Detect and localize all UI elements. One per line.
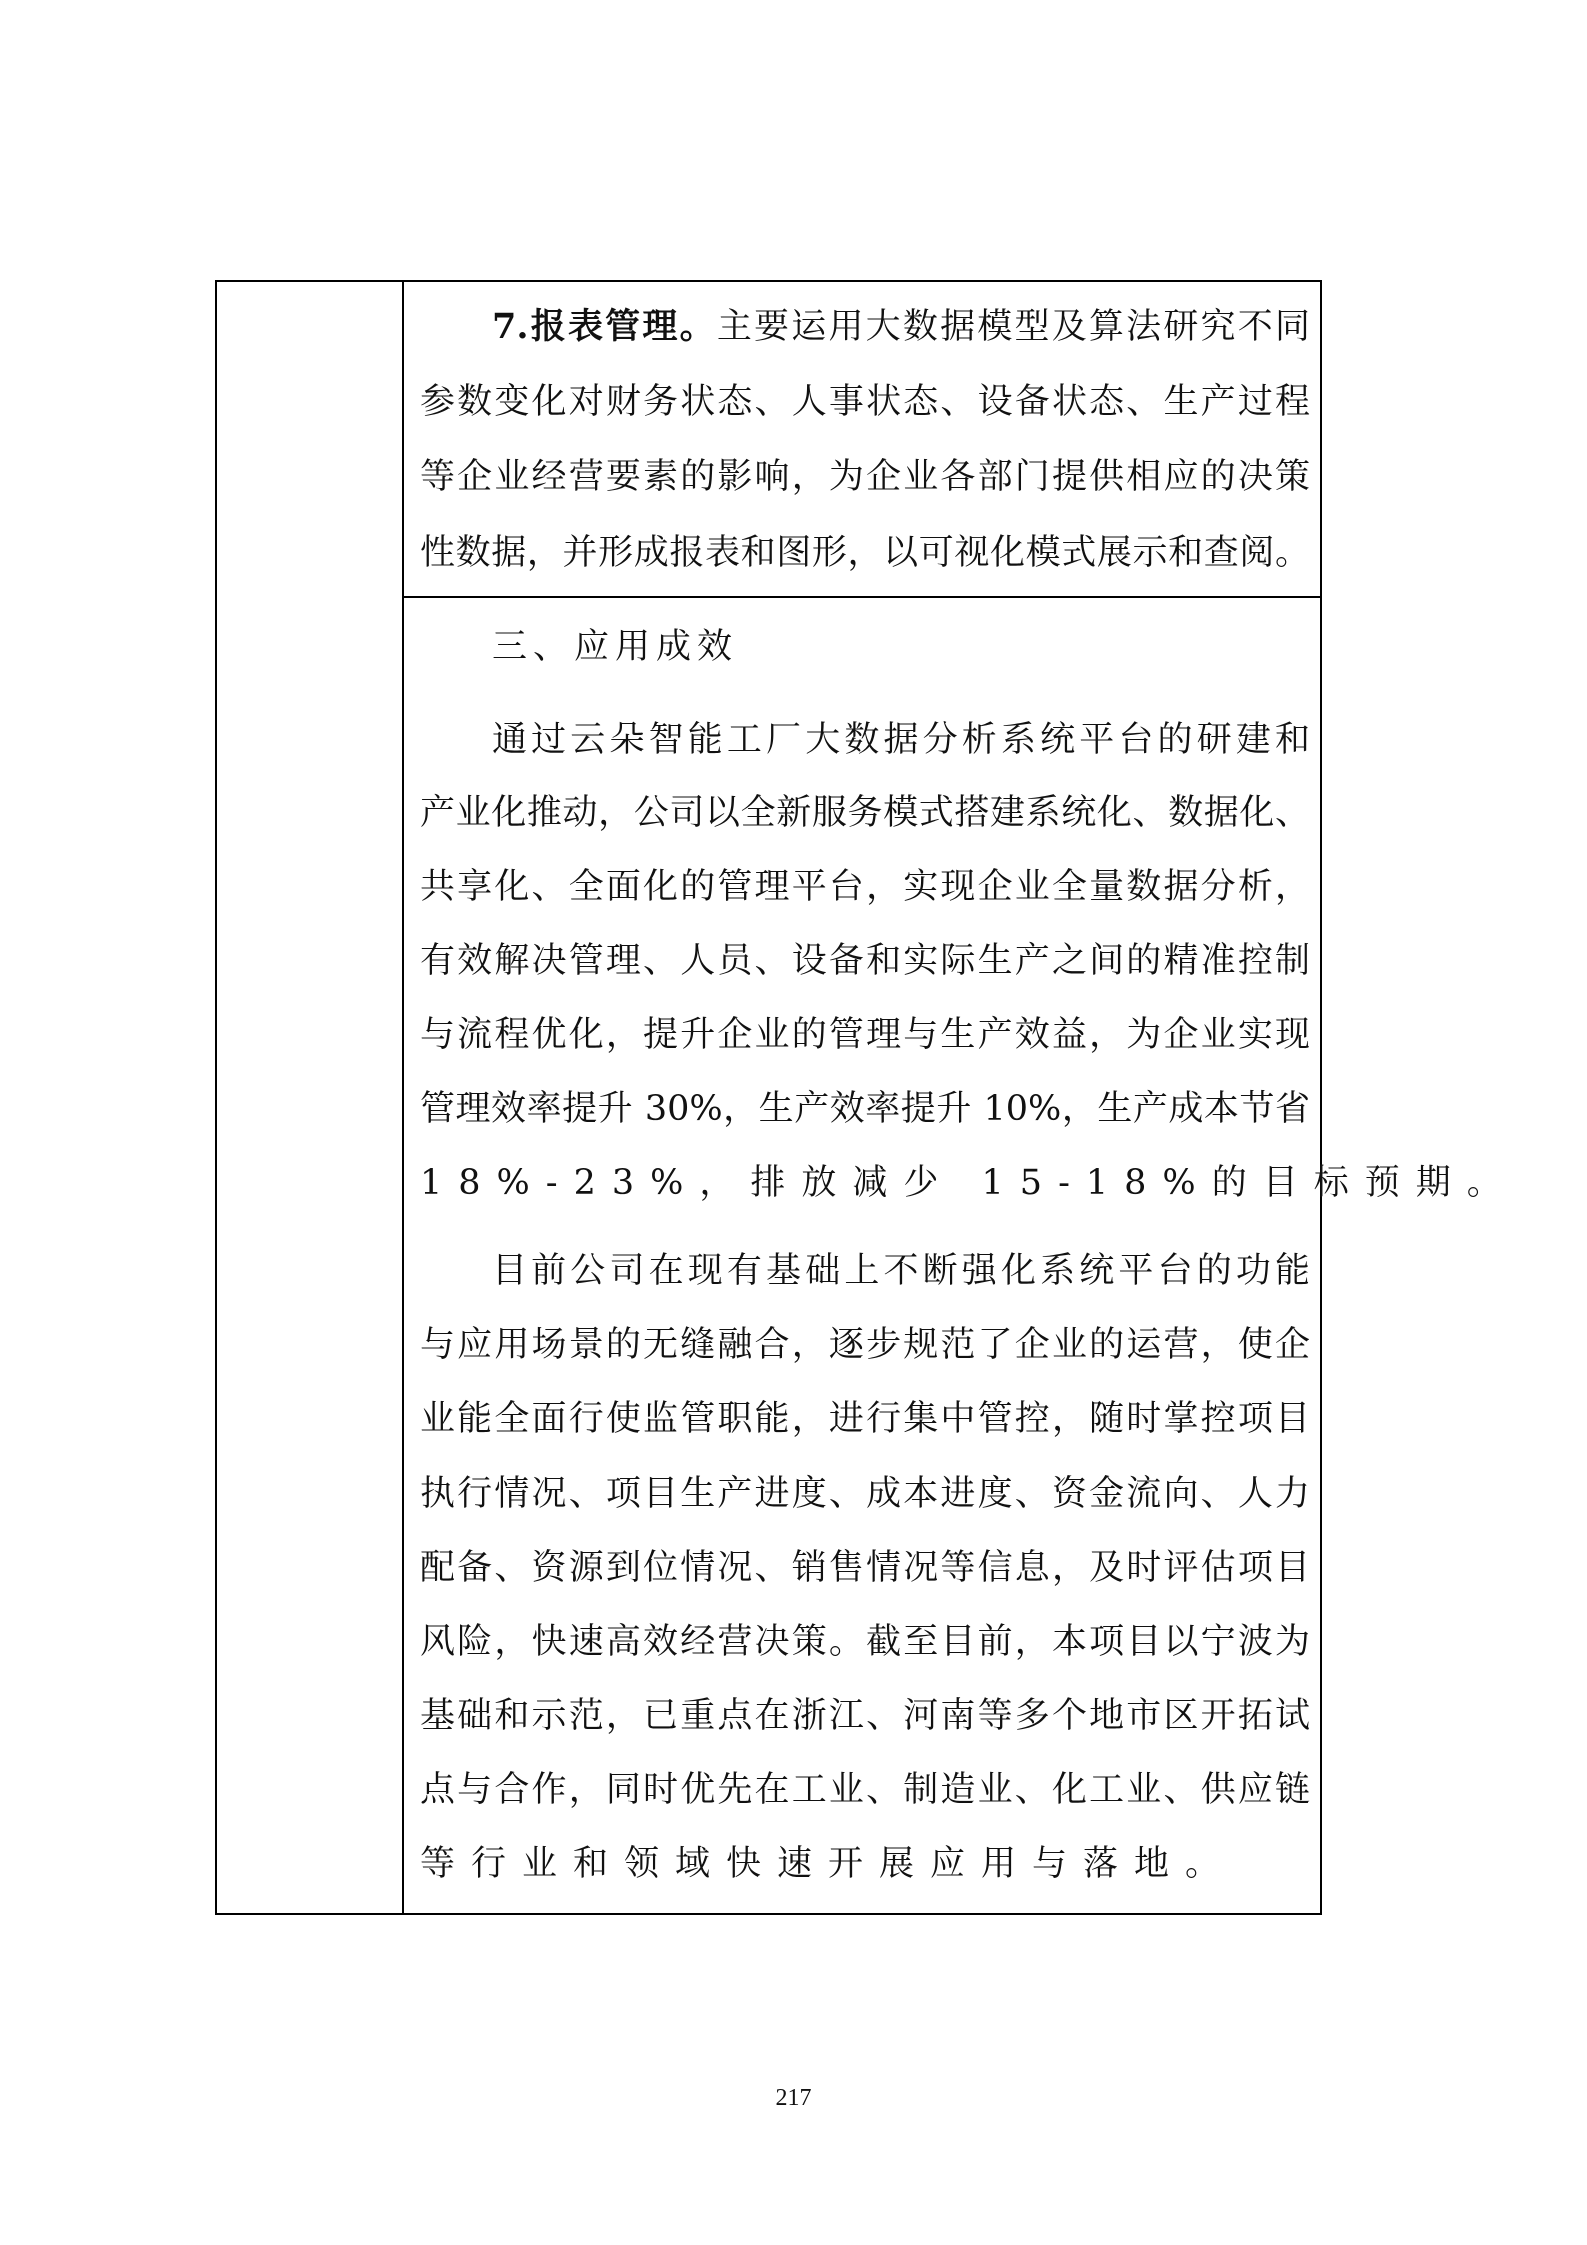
paragraph-line: 性数据，并形成报表和图形，以可视化模式展示和查阅。 bbox=[420, 527, 1310, 579]
paragraph-line: 参数变化对财务状态、人事状态、设备状态、生产过程 bbox=[420, 376, 1310, 428]
section-7-title: 7.报表管理。 bbox=[492, 306, 717, 347]
paragraph-line: 点与合作，同时优先在工业、制造业、化工业、供应链 bbox=[420, 1764, 1310, 1816]
paragraph-line: 产业化推动，公司以全新服务模式搭建系统化、数据化、 bbox=[420, 787, 1310, 839]
paragraph-line: 共享化、全面化的管理平台，实现企业全量数据分析， bbox=[420, 861, 1310, 913]
paragraph-line: 与流程优化，提升企业的管理与生产效益，为企业实现 bbox=[420, 1009, 1310, 1061]
paragraph-line: 通过云朵智能工厂大数据分析系统平台的研建和 bbox=[492, 714, 1310, 766]
paragraph-line: 18%-23%，排放减少 15-18%的目标预期。 bbox=[420, 1157, 1310, 1209]
table-column-divider bbox=[402, 280, 404, 1915]
paragraph-line: 基础和示范，已重点在浙江、河南等多个地市区开拓试 bbox=[420, 1690, 1310, 1742]
paragraph-line: 与应用场景的无缝融合，逐步规范了企业的运营，使企 bbox=[420, 1319, 1310, 1371]
paragraph-line: 等企业经营要素的影响，为企业各部门提供相应的决策 bbox=[420, 451, 1310, 503]
paragraph-line: 7.报表管理。主要运用大数据模型及算法研究不同 bbox=[492, 301, 1310, 353]
paragraph-line: 管理效率提升 30%，生产效率提升 10%，生产成本节省 bbox=[420, 1083, 1310, 1135]
paragraph-line: 业能全面行使监管职能，进行集中管控，随时掌控项目 bbox=[420, 1393, 1310, 1445]
table-row-divider bbox=[402, 596, 1322, 598]
paragraph-line: 执行情况、项目生产进度、成本进度、资金流向、人力 bbox=[420, 1468, 1310, 1520]
paragraph-line: 配备、资源到位情况、销售情况等信息，及时评估项目 bbox=[420, 1542, 1310, 1594]
paragraph-line: 目前公司在现有基础上不断强化系统平台的功能 bbox=[492, 1245, 1310, 1297]
paragraph-line: 风险，快速高效经营决策。截至目前，本项目以宁波为 bbox=[420, 1616, 1310, 1668]
section-heading: 三、应用成效 bbox=[492, 621, 738, 673]
page-number: 217 bbox=[0, 2085, 1587, 2112]
paragraph-line: 有效解决管理、人员、设备和实际生产之间的精准控制 bbox=[420, 935, 1310, 987]
paragraph-line: 等行业和领域快速开展应用与落地。 bbox=[420, 1838, 1310, 1890]
